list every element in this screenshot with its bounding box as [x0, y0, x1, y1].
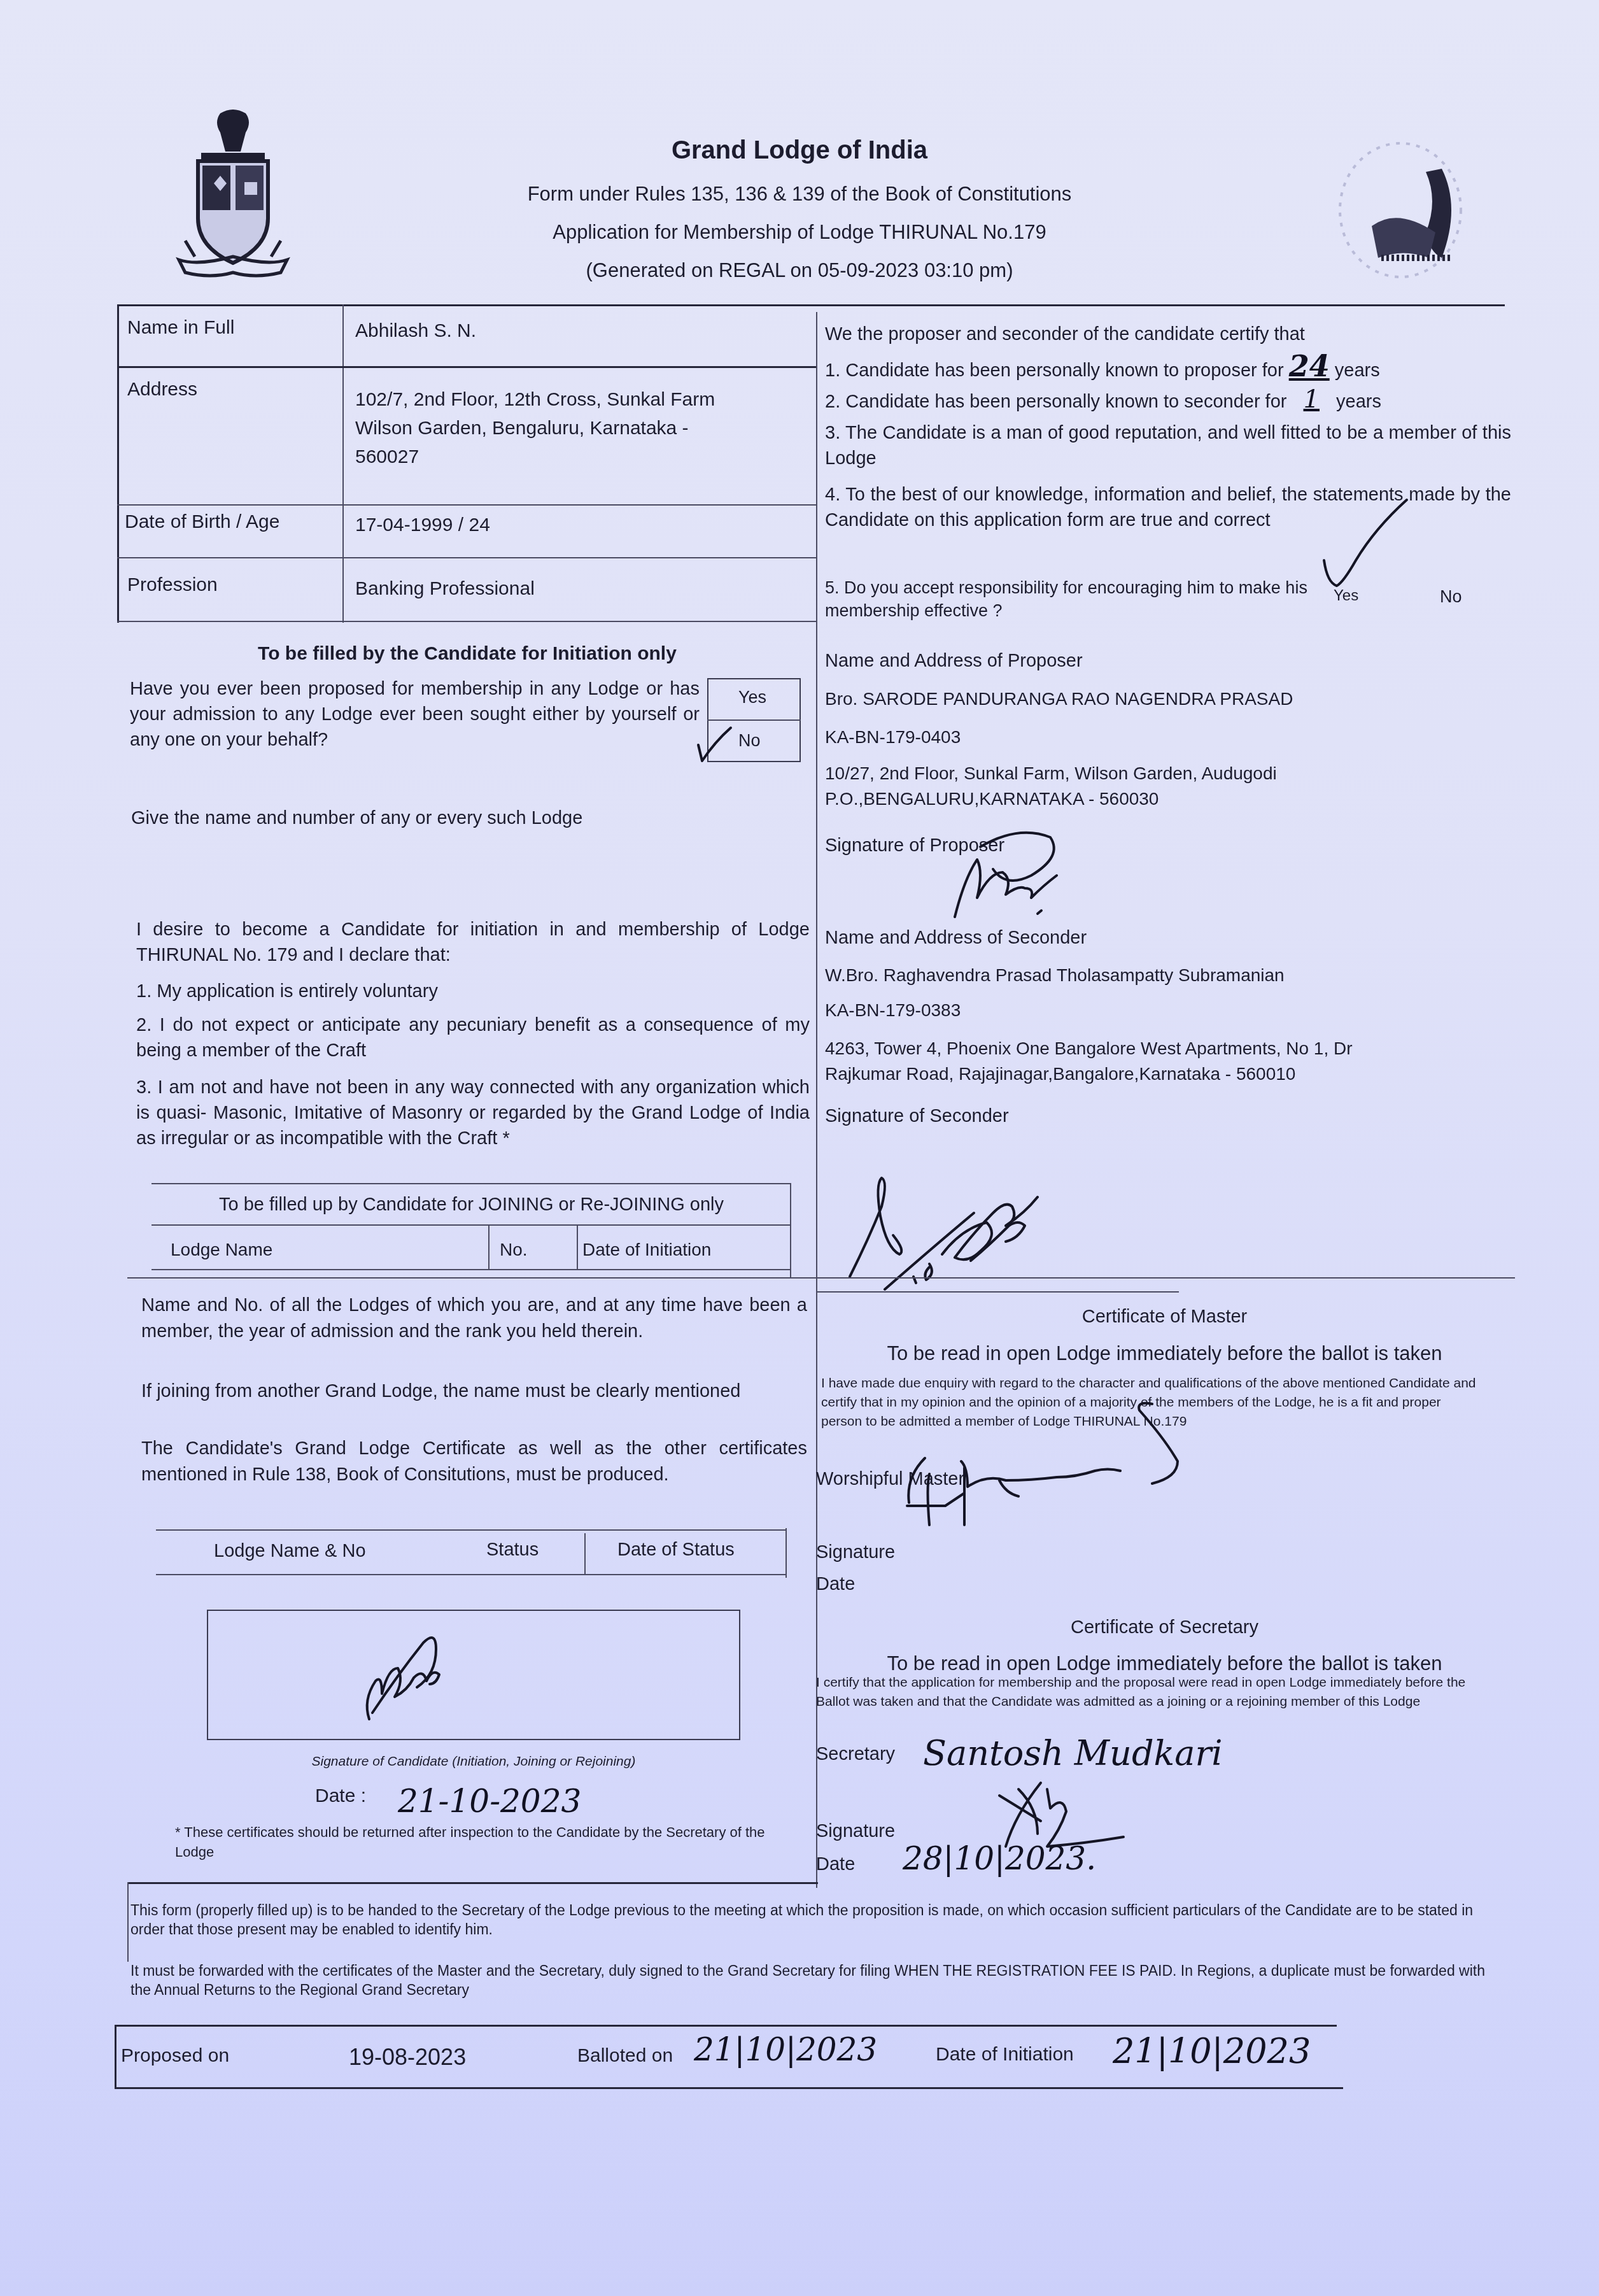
- candidate-signature: [356, 1630, 458, 1732]
- master-certificate-subtitle: To be read in open Lodge immediately bef…: [816, 1342, 1513, 1365]
- initiation-heading: To be filled by the Candidate for Initia…: [117, 643, 817, 665]
- status-column-lodge-name-no: Lodge Name & No: [214, 1541, 366, 1562]
- checkmark-icon: [697, 726, 735, 764]
- prior-proposal-yes-option[interactable]: Yes: [738, 688, 766, 707]
- secretary-certificate-title: Certificate of Secretary: [816, 1617, 1513, 1638]
- seconder-signature-label: Signature of Seconder: [825, 1103, 1009, 1129]
- certification-item-2: 2. Candidate has been personally known t…: [825, 386, 1512, 415]
- joining-para-certificates: The Candidate's Grand Lodge Certificate …: [141, 1436, 807, 1488]
- address-label: Address: [127, 379, 197, 400]
- balloted-on-value: 21|10|2023: [694, 2031, 877, 2068]
- certificates-footnote: * These certificates should be returned …: [175, 1822, 773, 1862]
- date-of-initiation-value: 21|10|2023: [1113, 2031, 1311, 2071]
- dob-label: Date of Birth / Age: [125, 511, 279, 533]
- seconder-heading: Name and Address of Seconder: [825, 925, 1087, 951]
- secretary-label: Secretary: [816, 1741, 895, 1767]
- checkmark-icon: [1321, 522, 1423, 592]
- certification-item-5: 5. Do you accept responsibility for enco…: [825, 576, 1309, 622]
- secretary-certificate-body: I certify that the application for membe…: [816, 1673, 1478, 1711]
- master-date-label: Date: [816, 1571, 855, 1597]
- joining-para-lodges: Name and No. of all the Lodges of which …: [141, 1293, 807, 1345]
- certification-item-1: 1. Candidate has been personally known t…: [825, 353, 1512, 383]
- secretary-date-value: 28|10|2023.: [903, 1840, 1096, 1877]
- secretary-name: Santosh Mudkari: [923, 1733, 1222, 1773]
- master-signature-label: Signature: [816, 1540, 895, 1565]
- declaration-item-3: 3. I am not and have not been in any way…: [136, 1075, 810, 1151]
- proposed-on-label: Proposed on: [121, 2045, 229, 2067]
- proposer-id: KA-BN-179-0403: [825, 725, 961, 750]
- declaration-intro: I desire to become a Candidate for initi…: [136, 917, 810, 968]
- seconder-signature: [831, 1159, 1225, 1305]
- proposed-on-value: 19-08-2023: [349, 2044, 466, 2071]
- footer-note-forwarding: It must be forwarded with the certificat…: [130, 1961, 1486, 1999]
- footer-note-handing: This form (properly filled up) is to be …: [130, 1901, 1486, 1939]
- seconder-address: 4263, Tower 4, Phoenix One Bangalore Wes…: [825, 1036, 1353, 1087]
- name-value: Abhilash S. N.: [355, 320, 476, 342]
- declaration-item-1: 1. My application is entirely voluntary: [136, 979, 810, 1004]
- joining-para-other-grand-lodge: If joining from another Grand Lodge, the…: [141, 1378, 807, 1405]
- joining-column-date-of-initiation: Date of Initiation: [582, 1240, 711, 1260]
- responsibility-no-option[interactable]: No: [1440, 587, 1462, 607]
- profession-label: Profession: [127, 574, 218, 596]
- date-of-initiation-label: Date of Initiation: [936, 2044, 1074, 2066]
- secretary-signature-label: Signature: [816, 1818, 895, 1844]
- declaration-item-2: 2. I do not expect or anticipate any pec…: [136, 1012, 810, 1063]
- candidate-date-value: 21-10-2023: [398, 1783, 581, 1820]
- seconder-years-value: 1: [1292, 385, 1331, 414]
- candidate-date-label: Date :: [315, 1785, 366, 1807]
- balloted-on-label: Balloted on: [577, 2045, 673, 2067]
- candidate-signature-caption: Signature of Candidate (Initiation, Join…: [207, 1754, 740, 1769]
- initiation-question: Have you ever been proposed for membersh…: [130, 676, 700, 753]
- proposer-heading: Name and Address of Proposer: [825, 648, 1083, 674]
- dob-value: 17-04-1999 / 24: [355, 514, 490, 536]
- joining-column-number: No.: [500, 1240, 528, 1260]
- certification-item-3: 3. The Candidate is a man of good reputa…: [825, 420, 1511, 471]
- joining-column-lodge-name: Lodge Name: [171, 1240, 272, 1260]
- candidate-signature-box: [207, 1610, 740, 1740]
- proposer-address: 10/27, 2nd Floor, Sunkal Farm, Wilson Ga…: [825, 761, 1277, 812]
- status-column-date-of-status: Date of Status: [617, 1540, 735, 1561]
- master-signature: [904, 1455, 1209, 1538]
- proposer-name: Bro. SARODE PANDURANGA RAO NAGENDRA PRAS…: [825, 686, 1293, 712]
- lodge-name-prompt: Give the name and number of any or every…: [131, 805, 806, 831]
- secretary-certificate-subtitle: To be read in open Lodge immediately bef…: [816, 1652, 1513, 1675]
- status-column-status: Status: [486, 1540, 539, 1561]
- master-certificate-title: Certificate of Master: [816, 1307, 1513, 1328]
- address-value: 102/7, 2nd Floor, 12th Cross, Sunkal Far…: [355, 385, 715, 471]
- certification-intro: We the proposer and seconder of the cand…: [825, 322, 1512, 347]
- proposer-years-value: 24: [1289, 349, 1330, 383]
- joining-heading: To be filled up by Candidate for JOINING…: [151, 1194, 791, 1215]
- seconder-name: W.Bro. Raghavendra Prasad Tholasampatty …: [825, 963, 1285, 988]
- prior-proposal-no-option[interactable]: No: [738, 731, 761, 751]
- proposer-signature: [942, 828, 1108, 930]
- profession-value: Banking Professional: [355, 578, 535, 600]
- lodge-seal-icon: [1321, 131, 1474, 290]
- seconder-id: KA-BN-179-0383: [825, 998, 961, 1023]
- secretary-date-label: Date: [816, 1852, 855, 1877]
- name-label: Name in Full: [127, 317, 234, 339]
